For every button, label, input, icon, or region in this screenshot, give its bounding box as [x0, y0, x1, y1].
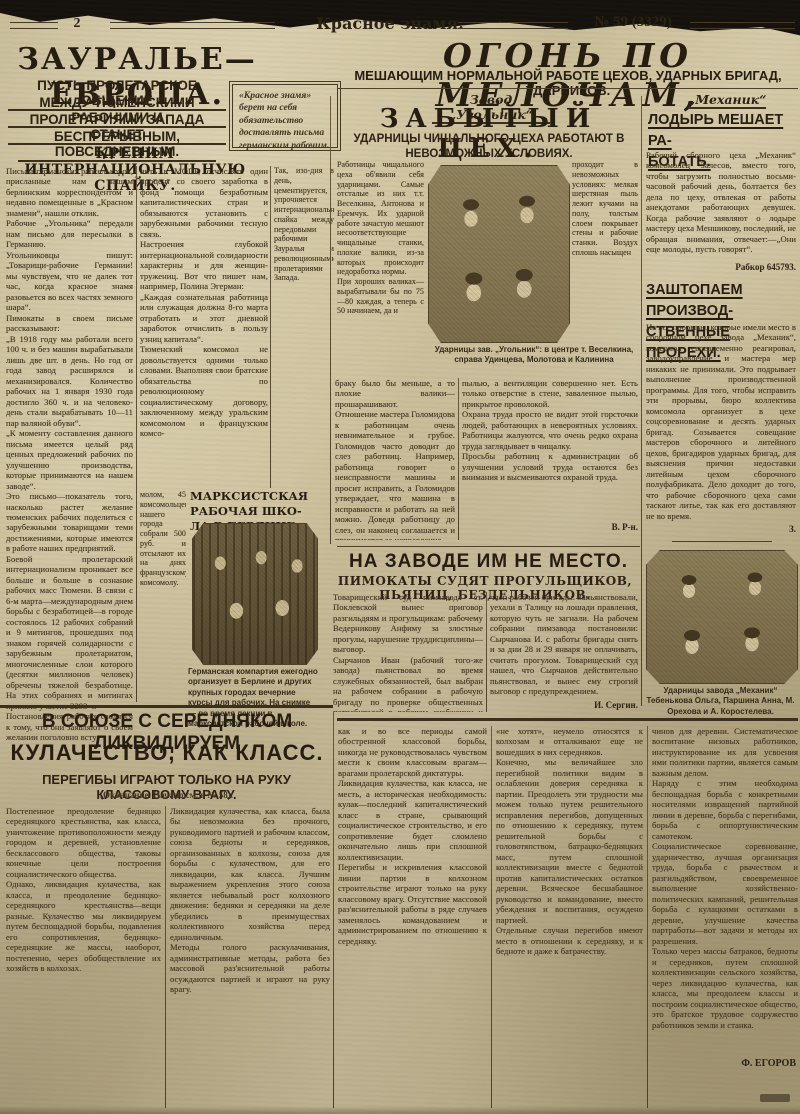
masthead-rule-2 — [110, 22, 275, 29]
zauralye-column-3: Так, изо-дня в день, цементируется, упро… — [274, 166, 334, 486]
column-divider — [333, 712, 334, 1108]
section-rule — [0, 705, 333, 708]
masthead-rule-4 — [690, 22, 795, 29]
zauralye-column-2: пить в МОПР, отчислять один процент со с… — [140, 166, 268, 486]
section-divider — [641, 96, 642, 706]
masthead-rule-3 — [458, 22, 568, 29]
scan-smudge — [760, 1094, 790, 1102]
na-zavode-column-1: Товарищеский суд пимзавода ст. Поклевско… — [333, 592, 483, 712]
column-divider — [165, 806, 166, 1108]
soyuz-continuation-note: (Окончание. Начало см. в № 58). — [0, 790, 333, 800]
newspaper-title: Красное знамя. — [300, 14, 480, 33]
na-zavode-column-2: член рабочей бригады. Запьянствовали, уе… — [490, 592, 638, 698]
zashtopaem-signature: З. — [700, 524, 796, 534]
zabyty-right-narrow-column: проходит в невозможных условиях: мелкая … — [572, 160, 638, 342]
soyuz-column-3: как и во все периоды самой обостренной к… — [338, 726, 487, 1108]
zabyty-column-a: браку было бы меньше, а то плохие валики… — [335, 378, 455, 540]
masthead-rule-1 — [10, 22, 58, 29]
editorial-box-note: «Красное знамя» берет на себя обязательс… — [232, 84, 338, 148]
mekhanik-udarnitsy-photo — [646, 550, 798, 684]
page-bottom-shadow — [0, 1106, 800, 1114]
column-divider — [486, 592, 487, 712]
zauralye-column-2-tail: молом, 45 комсомольцев нашего города соб… — [140, 490, 186, 700]
soyuz-headline-line2: КУЛАЧЕСТВО, КАК КЛАСС. — [2, 740, 332, 766]
zabyty-column-b: пылью, а вентиляции совершенно нет. Есть… — [462, 378, 638, 520]
zashtopaem-headline-line1: ЗАШТОПАЕМ ПРОИЗВОД- — [646, 282, 743, 319]
column-divider — [136, 166, 137, 702]
lodyr-body: Рабочий сборного цеха „Механик“ комсомол… — [646, 150, 796, 262]
column-divider — [458, 378, 459, 540]
page-number: 2 — [62, 16, 92, 32]
ugolnik-udarnitsy-photo — [428, 165, 570, 343]
section-rule — [337, 718, 798, 721]
zabyty-deck: УДАРНИЦЫ ЧИЩАЛЬНОГО ЦЕХА РАБОТАЮТ В НЕВО… — [340, 132, 638, 162]
soyuz-column-1: Постепенное преодоление бедняцко середня… — [6, 806, 161, 1108]
zabyty-signature: В. Р-н. — [520, 522, 638, 532]
marx-school-photo — [192, 523, 318, 665]
column-divider — [491, 726, 492, 1108]
zabyty-left-column: Работницы чищального цеха об'явили себя … — [337, 160, 424, 342]
zashtopaem-body: На все прорывы, которые имели место в сб… — [646, 322, 796, 528]
section-label-mekhanik: „Механик“ — [688, 92, 766, 109]
soyuz-column-5: чинов для деревни. Систематическое воспи… — [652, 726, 798, 1056]
banner-rule — [338, 88, 798, 89]
section-divider — [330, 96, 331, 544]
column-divider — [647, 726, 648, 1108]
na-zavode-signature: И. Сергин. — [540, 700, 638, 710]
divider-rule — [337, 546, 640, 547]
lodyr-signature: Рабкор 645793. — [700, 262, 796, 272]
soyuz-column-2: Ликвидация кулачества, как класса, была … — [170, 806, 330, 1108]
marx-school-headline-line1: МАРКСИСТСКАЯ РАБОЧАЯ ШКО- — [190, 489, 308, 518]
soyuz-signature: Ф. ЕГОРОВ — [680, 1058, 796, 1069]
lodyr-headline-line1: ЛОДЫРЬ МЕШАЕТ РА- — [648, 112, 783, 149]
zauralye-column-1: Письма германских рабселькоров, присланн… — [6, 166, 133, 750]
newspaper-page: 2 Красное знамя. № 59 (3329) ЗАУРАЛЬЕ—ЕВ… — [0, 0, 800, 1114]
ugolnik-photo-caption: Ударницы зав. „Угольник“: в центре т. Ве… — [428, 345, 640, 366]
column-divider — [270, 166, 271, 488]
mekhanik-photo-caption: Ударницы завода „Механик“ Тебенькова Оль… — [643, 686, 798, 717]
divider-rule — [672, 541, 772, 542]
na-zavode-headline: НА ЗАВОДЕ ИМ НЕ МЕСТО. — [337, 551, 640, 573]
soyuz-column-4: «не хотят», неумело относятся к колхозам… — [496, 726, 643, 1108]
issue-number: № 59 (3329) — [578, 14, 688, 31]
